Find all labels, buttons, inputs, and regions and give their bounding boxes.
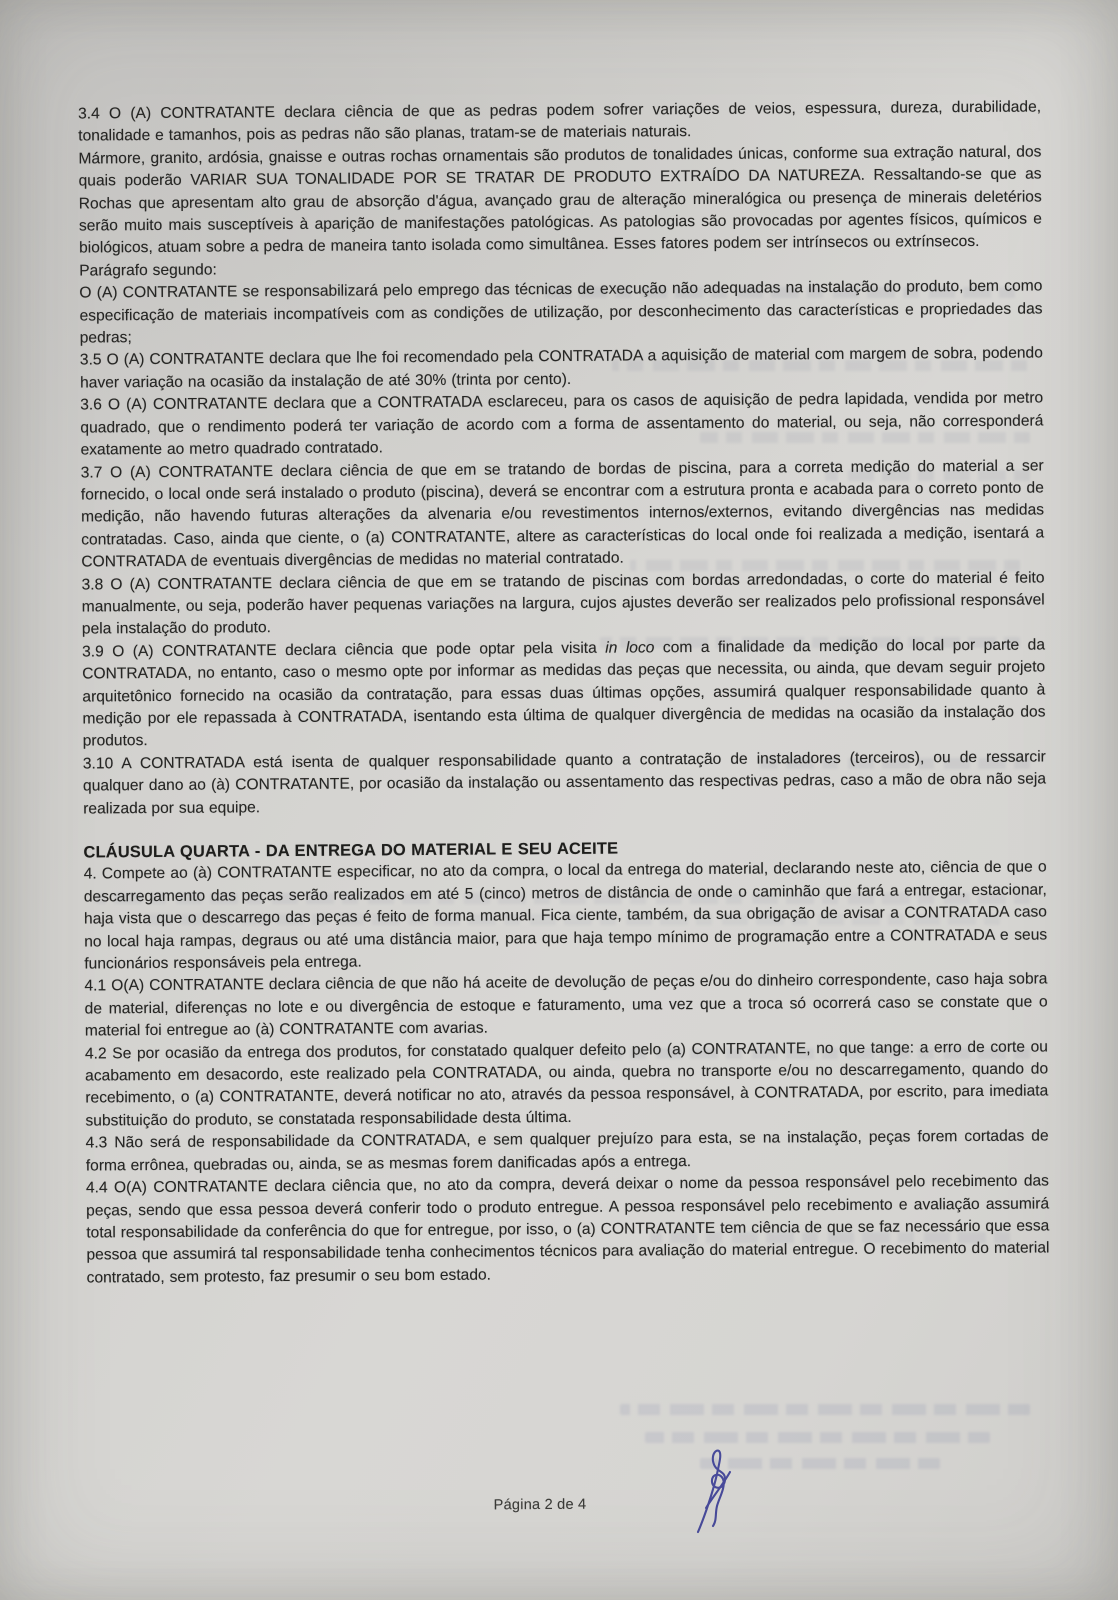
bleed-through-smudge xyxy=(645,1432,990,1443)
paragraph-3-10: 3.10 A CONTRATADA está isenta de qualque… xyxy=(83,746,1046,820)
paragraph-4-2: 4.2 Se por ocasião da entrega dos produt… xyxy=(85,1036,1049,1133)
paragraph-3-9: 3.9 O (A) CONTRATANTE declara ciência qu… xyxy=(82,634,1046,753)
page-number: Página 2 de 4 xyxy=(430,1496,650,1514)
in-loco-italic: in loco xyxy=(605,639,654,656)
paragraph-4: 4. Compete ao (à) CONTRATANTE especifica… xyxy=(84,857,1048,976)
paragraph-3-6: 3.6 O (A) CONTRATANTE declara que a CONT… xyxy=(80,388,1043,462)
paragraph-3-4-continuation: Mármore, granito, ardósia, gnaisse e out… xyxy=(78,141,1042,260)
paragraph-4-3: 4.3 Não será de responsabilidade da CONT… xyxy=(86,1126,1049,1178)
paragraph-3-4: 3.4 O (A) CONTRATANTE declara ciência de… xyxy=(78,96,1041,148)
paragraph-3-5: 3.5 O (A) CONTRATANTE declara que lhe fo… xyxy=(80,343,1043,395)
paragraph-3-9-pre: 3.9 O (A) CONTRATANTE declara ciência qu… xyxy=(82,639,605,660)
bleed-through-smudge xyxy=(620,1404,1030,1415)
paragraph-3-7: 3.7 O (A) CONTRATANTE declara ciência de… xyxy=(81,455,1045,574)
paragrafo-segundo-text: O (A) CONTRATANTE se responsabilizará pe… xyxy=(79,276,1042,350)
document-page: 3.4 O (A) CONTRATANTE declara ciência de… xyxy=(0,0,1118,1600)
paragraph-3-8: 3.8 O (A) CONTRATANTE declara ciência de… xyxy=(81,567,1044,641)
contract-text-block: 3.4 O (A) CONTRATANTE declara ciência de… xyxy=(78,96,1050,1289)
paragraph-4-4: 4.4 O(A) CONTRATANTE declara ciência que… xyxy=(86,1171,1050,1290)
paragraph-4-1: 4.1 O(A) CONTRATANTE declara ciência de … xyxy=(84,969,1047,1043)
signature-scribble xyxy=(686,1446,740,1534)
